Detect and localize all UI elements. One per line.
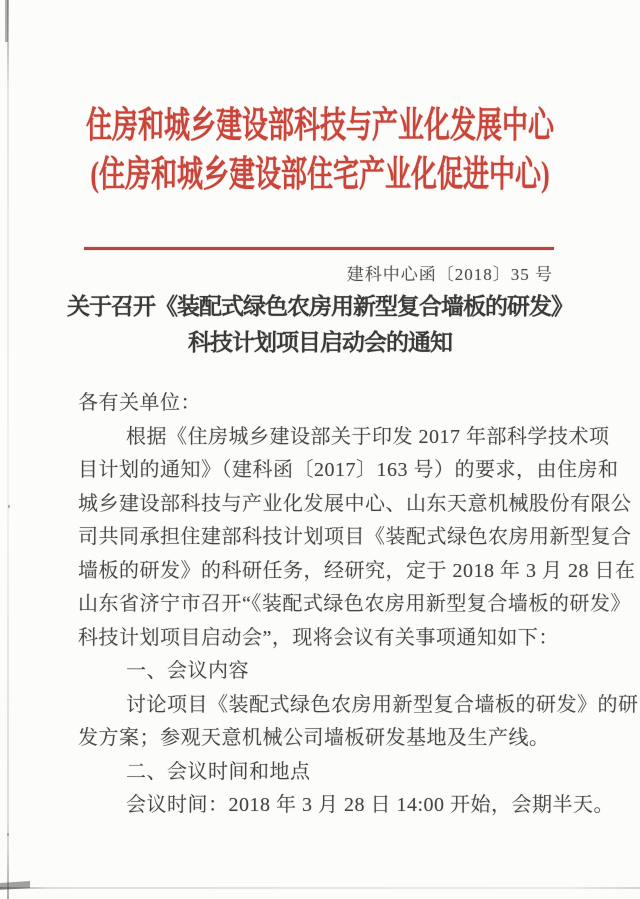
- body-line: 司共同承担住建部科技计划项目《装配式绿色农房用新型复合: [78, 521, 578, 555]
- scan-speck: [7, 833, 9, 836]
- document-reference-number: 建科中心函〔2018〕35 号: [347, 260, 553, 285]
- section-heading-1: 一、会议内容: [78, 655, 578, 689]
- letterhead-org-alt-name: (住房和城乡建设部住宅产业化促进中心): [0, 157, 640, 193]
- scan-edge-bottom: [0, 887, 640, 889]
- body-line: 城乡建设部科技与产业化发展中心、山东天意机械股份有限公: [78, 488, 578, 522]
- body-line: 根据《住房城乡建设部关于印发 2017 年部科学技术项: [78, 421, 578, 455]
- scan-speck: [8, 505, 10, 508]
- body-line: 山东省济宁市召开“《装配式绿色农房用新型复合墙板的研发》: [78, 588, 578, 622]
- document-title-line1: 关于召开《装配式绿色农房用新型复合墙板的研发》: [0, 294, 640, 319]
- body-line: 墙板的研发》的科研任务，经研究，定于 2018 年 3 月 28 日在: [78, 555, 578, 589]
- document-body: 各有关单位： 根据《住房城乡建设部关于印发 2017 年部科学技术项 目计划的通…: [78, 387, 578, 823]
- meeting-time-line: 会议时间：2018 年 3 月 28 日 14:00 开始，会期半天。: [78, 789, 578, 823]
- scanned-document-page: 住房和城乡建设部科技与产业化发展中心 (住房和城乡建设部住宅产业化促进中心) 建…: [0, 0, 640, 899]
- body-line: 发方案；参观天意机械公司墙板研发基地及生产线。: [78, 722, 578, 756]
- body-line: 科技计划项目启动会”，现将会议有关事项通知如下：: [78, 622, 578, 656]
- salutation: 各有关单位：: [78, 387, 578, 421]
- body-line: 目计划的通知》（建科函〔2017〕163 号）的要求，由住房和: [78, 454, 578, 488]
- body-line: 讨论项目《装配式绿色农房用新型复合墙板的研发》的研: [78, 689, 578, 723]
- section-heading-2: 二、会议时间和地点: [78, 756, 578, 790]
- document-title-line2: 科技计划项目启动会的通知: [0, 330, 640, 355]
- red-divider-line: [84, 247, 554, 250]
- scan-edge-top-tick: [5, 0, 8, 42]
- letterhead-org-name: 住房和城乡建设部科技与产业化发展中心: [0, 108, 640, 144]
